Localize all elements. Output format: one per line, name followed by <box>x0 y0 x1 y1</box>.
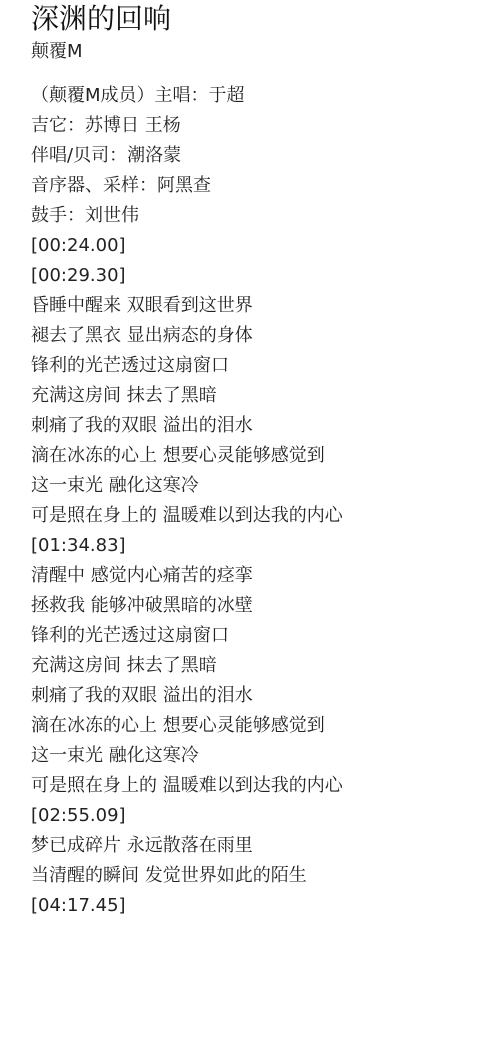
lyric-line: 这一束光 融化这寒冷 <box>31 471 500 501</box>
lyric-line: 清醒中 感觉内心痛苦的痉挛 <box>31 561 500 591</box>
credit-line: 音序器、采样：阿黑查 <box>31 171 500 201</box>
timestamp-line: [04:17.45] <box>31 891 500 921</box>
lyric-line: 滴在冰冻的心上 想要心灵能够感觉到 <box>31 441 500 471</box>
credit-line: （颠覆M成员）主唱：于超 <box>31 81 500 111</box>
lyric-line: 充满这房间 抹去了黑暗 <box>31 381 500 411</box>
lyric-line: 滴在冰冻的心上 想要心灵能够感觉到 <box>31 711 500 741</box>
lyric-line: 这一束光 融化这寒冷 <box>31 741 500 771</box>
timestamp-line: [00:24.00] <box>31 231 500 261</box>
lyric-line: 可是照在身上的 温暖难以到达我的内心 <box>31 771 500 801</box>
lyric-line: 昏睡中醒来 双眼看到这世界 <box>31 291 500 321</box>
timestamp-line: [02:55.09] <box>31 801 500 831</box>
lyric-line: 可是照在身上的 温暖难以到达我的内心 <box>31 501 500 531</box>
lyric-line: 当清醒的瞬间 发觉世界如此的陌生 <box>31 861 500 891</box>
lyric-line: 刺痛了我的双眼 溢出的泪水 <box>31 411 500 441</box>
credit-line: 鼓手：刘世伟 <box>31 201 500 231</box>
credit-line: 伴唱/贝司：潮洛蒙 <box>31 141 500 171</box>
lyric-line: 梦已成碎片 永远散落在雨里 <box>31 831 500 861</box>
lyric-line: 锋利的光芒透过这扇窗口 <box>31 351 500 381</box>
artist-name: 颠覆M <box>31 37 500 67</box>
lyric-line: 拯救我 能够冲破黑暗的冰壁 <box>31 591 500 621</box>
credit-line: 吉它：苏博日 王杨 <box>31 111 500 141</box>
lyrics-page: 深渊的回响 颠覆M （颠覆M成员）主唱：于超 吉它：苏博日 王杨 伴唱/贝司：潮… <box>0 0 500 921</box>
lyric-line: 褪去了黑衣 显出病态的身体 <box>31 321 500 351</box>
timestamp-line: [00:29.30] <box>31 261 500 291</box>
song-title: 深渊的回响 <box>31 0 500 37</box>
lyric-line: 刺痛了我的双眼 溢出的泪水 <box>31 681 500 711</box>
lyric-line: 充满这房间 抹去了黑暗 <box>31 651 500 681</box>
timestamp-line: [01:34.83] <box>31 531 500 561</box>
lyric-line: 锋利的光芒透过这扇窗口 <box>31 621 500 651</box>
lyrics-body: （颠覆M成员）主唱：于超 吉它：苏博日 王杨 伴唱/贝司：潮洛蒙 音序器、采样：… <box>31 81 500 921</box>
